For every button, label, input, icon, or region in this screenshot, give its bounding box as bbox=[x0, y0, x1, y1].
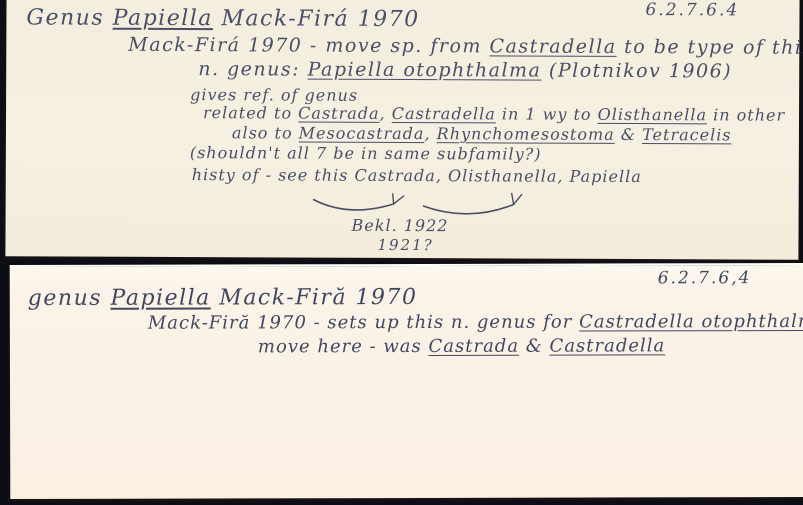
underlined-term: Rhynchomesostoma bbox=[437, 124, 615, 144]
text-segment: 1921? bbox=[377, 236, 433, 254]
handwritten-line: related to Castrada, Castradella in 1 wy… bbox=[203, 104, 785, 124]
underlined-term: Papiella otophthalma bbox=[308, 59, 542, 82]
underlined-term: Castrada bbox=[428, 336, 519, 357]
text-segment: , bbox=[380, 104, 392, 123]
text-segment: also to bbox=[232, 123, 299, 142]
genus-heading-line: genus Papiella Mack-Firă 1970 bbox=[28, 286, 418, 311]
text-segment: in other bbox=[707, 105, 785, 124]
text-segment: n. genus: bbox=[198, 58, 307, 80]
index-card-1: 6.2.7.6.4 Genus Papiella Mack-Firá 1970 … bbox=[5, 0, 799, 260]
underlined-term: Castradella bbox=[392, 104, 496, 123]
handwritten-line: gives ref. of genus bbox=[190, 86, 358, 104]
text-segment: gives ref. of genus bbox=[190, 85, 358, 105]
underlined-term: Papiella bbox=[113, 6, 213, 31]
underlined-term: Olisthanella bbox=[598, 105, 707, 124]
underlined-term: Papiella bbox=[110, 286, 210, 311]
underlined-term: Castradella bbox=[489, 35, 616, 58]
underlined-term: Mesocastrada bbox=[299, 124, 425, 144]
text-segment: Mack-Firá 1970 - move sp. from bbox=[128, 34, 489, 58]
text-segment: Genus bbox=[26, 5, 112, 30]
text-segment: genus bbox=[28, 286, 111, 311]
text-segment: in 1 wy to bbox=[496, 104, 598, 123]
handwritten-line: Mack-Firá 1970 - move sp. from Castradel… bbox=[128, 35, 803, 59]
underlined-term: Castradella bbox=[550, 335, 666, 356]
text-segment: Mack-Firă 1970 - sets up this n. genus f… bbox=[148, 312, 579, 334]
text-segment: Mack-Firá 1970 bbox=[213, 6, 420, 32]
text-segment: , bbox=[424, 124, 436, 143]
text-segment: (shouldn't all 7 be in same subfamily?) bbox=[190, 143, 542, 164]
underlined-term: Castradella otophthalma bbox=[579, 311, 803, 333]
text-segment: to be type of this bbox=[617, 36, 803, 59]
text-segment: & bbox=[519, 336, 550, 357]
handwritten-line: also to Mesocastrada, Rhynchomesostoma &… bbox=[232, 124, 732, 144]
text-segment: & bbox=[615, 125, 643, 144]
genus-heading-line: Genus Papiella Mack-Firá 1970 bbox=[26, 6, 419, 32]
hand-drawn-arrows-icon bbox=[306, 184, 536, 221]
index-card-2: 6.2.7.6,4 genus Papiella Mack-Firă 1970 … bbox=[10, 263, 803, 499]
underlined-term: Castrada bbox=[298, 104, 379, 123]
handwritten-line: (shouldn't all 7 be in same subfamily?) bbox=[190, 144, 542, 163]
handwritten-line: histy of - see this Castrada, Olisthanel… bbox=[192, 166, 642, 186]
handwritten-line: n. genus: Papiella otophthalma (Plotniko… bbox=[198, 59, 732, 82]
text-segment: Mack-Firă 1970 bbox=[211, 285, 418, 311]
text-segment: (Plotnikov 1906) bbox=[541, 60, 732, 83]
handwritten-line: move here - was Castrada & Castradella bbox=[258, 336, 665, 357]
handwritten-line: Mack-Firă 1970 - sets up this n. genus f… bbox=[148, 312, 803, 334]
annotation-bekl-1922: Bekl. 1922 bbox=[352, 217, 449, 235]
scan-background: 6.2.7.6.4 Genus Papiella Mack-Firá 1970 … bbox=[0, 0, 803, 505]
text-segment: histy of - see this Castrada, Olisthanel… bbox=[192, 165, 642, 186]
text-segment: related to bbox=[203, 103, 298, 122]
card-index-code: 6.2.7.6,4 bbox=[658, 269, 752, 288]
text-segment: Bekl. 1922 bbox=[352, 216, 449, 235]
annotation-1921: 1921? bbox=[377, 237, 433, 254]
underlined-term: Tetracelis bbox=[642, 125, 731, 144]
text-segment: move here - was bbox=[258, 336, 429, 357]
card-index-code: 6.2.7.6.4 bbox=[645, 1, 739, 20]
